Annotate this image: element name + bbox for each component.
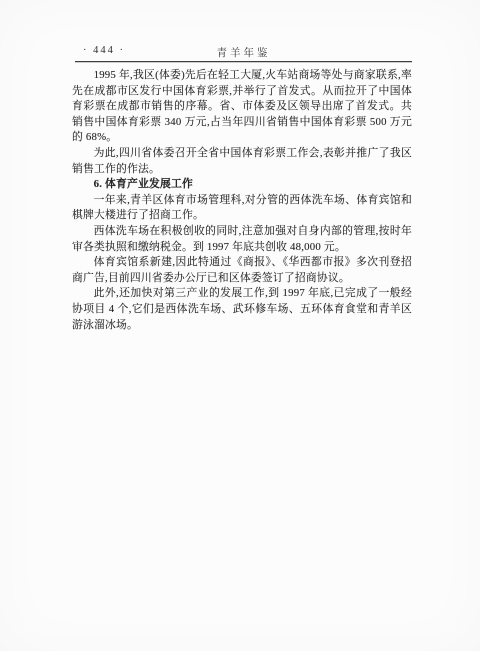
paragraph: 为此,四川省体委召开全省中国体育彩票工作会,表彰并推广了我区销售工作的作法。 bbox=[72, 146, 412, 177]
paragraph: 体育宾馆系新建,因此特通过《商报》、《华西都市报》多次刊登招商广告,目前四川省委… bbox=[72, 255, 412, 286]
scanned-page: · 444 · 青羊年鉴 1995 年,我区(体委)先后在轻工大厦,火车站商场等… bbox=[0, 0, 480, 651]
paragraph: 一年来,青羊区体育市场管理科,对分管的西体洗车场、体育宾馆和棋牌大楼进行了招商工… bbox=[72, 193, 412, 224]
paragraph: 1995 年,我区(体委)先后在轻工大厦,火车站商场等处与商家联系,率先在成都市… bbox=[72, 68, 412, 146]
paragraph: 西体洗车场在积极创收的同时,注意加强对自身内部的管理,按时年审各类执照和缴纳税金… bbox=[72, 224, 412, 255]
book-title: 青羊年鉴 bbox=[75, 45, 412, 60]
page-header: · 444 · 青羊年鉴 bbox=[75, 45, 412, 60]
page-body: 1995 年,我区(体委)先后在轻工大厦,火车站商场等处与商家联系,率先在成都市… bbox=[72, 68, 412, 333]
paragraph: 此外,还加快对第三产业的发展工作,到 1997 年底,已完成了一般经协项目 4 … bbox=[72, 286, 412, 333]
section-heading: 6. 体育产业发展工作 bbox=[72, 177, 412, 193]
header-rule bbox=[75, 61, 412, 62]
